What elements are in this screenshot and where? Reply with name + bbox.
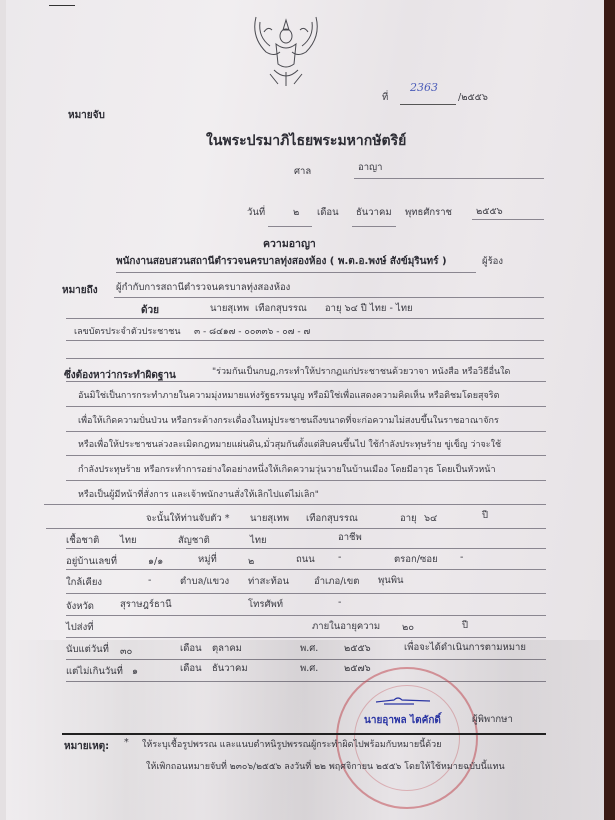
arrest-label: จะนั้นให้ท่านจับตัว * <box>146 511 230 526</box>
note-line-1: ให้ระบุเชื้อรูปพรรณ และแนบตำหนิรูปพรรณผู… <box>142 737 441 751</box>
statute-label: ภายในอายุความ <box>312 619 380 634</box>
charge-line-2: อันมิใช่เป็นการกระทำภายในความมุ่งหมายแห่… <box>78 388 499 402</box>
blank-line <box>66 358 544 359</box>
month-underline <box>352 226 396 227</box>
charge-line-1: "ร่วมกันเป็นกบฏ,กระทำให้ปรากฏแก่ประชาชนด… <box>212 364 510 378</box>
road-value: - <box>338 552 341 563</box>
moo-value: ๒ <box>248 554 254 569</box>
house-no-value: ๑/๑ <box>148 554 163 569</box>
from-day: ๓๐ <box>120 644 132 659</box>
province-value: สุราษฎร์ธานี <box>120 597 172 612</box>
charge-underline-1 <box>66 381 546 382</box>
arrest-surname: เทือกสุบรรณ <box>306 511 358 526</box>
until-year: ๒๕๗๖ <box>344 661 371 676</box>
note-label: หมายเหตุ: <box>64 739 109 754</box>
from-year: ๒๕๕๖ <box>344 641 371 656</box>
judge-title: ผู้พิพากษา <box>472 712 513 727</box>
charge-line-3: เพื่อให้เกิดความปั่นป่วน หรือกระด้างกระเ… <box>78 413 499 427</box>
petitioner: พนักงานสอบสวนสถานีตำรวจนครบาลทุ่งสองห้อง… <box>116 254 447 269</box>
year-underline <box>472 219 544 220</box>
court-label: ศาล <box>294 164 311 179</box>
case-type: ความอาญา <box>263 235 316 252</box>
race-value: ไทย <box>120 533 137 548</box>
age-value: ๖๔ <box>424 511 437 526</box>
race-underline <box>66 548 546 549</box>
district-label: อำเภอ/เขต <box>314 574 359 589</box>
number-suffix: /๒๕๕๖ <box>458 90 488 105</box>
day-label: วันที่ <box>247 205 265 220</box>
from-label: นับแต่วันที่ <box>66 642 109 657</box>
arrest-warrant-page: ที่ 2363 /๒๕๕๖ หมายจับ ในพระปรมาภิไธยพระ… <box>6 0 604 820</box>
subdistrict-label: ตำบล/แขวง <box>180 574 229 589</box>
year-label: พุทธศักราช <box>405 205 452 220</box>
road-label: ถนน <box>296 552 315 567</box>
court-value: อาญา <box>358 160 382 175</box>
age-label: อายุ <box>400 511 417 526</box>
send-label: ไปส่งที่ <box>66 620 94 635</box>
until-day: ๑ <box>132 664 138 679</box>
month-value: ธันวาคม <box>356 205 392 220</box>
race-label: เชื้อชาติ <box>66 533 99 548</box>
until-underline <box>66 681 546 682</box>
note-line-2: ให้เพิกถอนหมายจับที่ ๒๓๐๖/๒๕๕๖ ลงวันที่ … <box>146 759 505 773</box>
statute-value: ๒๐ <box>402 620 414 635</box>
id-value: ๓ - ๘๔๑๗ - ๐๐๓๓๖ - ๐๗ - ๗ <box>194 324 310 338</box>
petitioner-suffix: ผู้ร้อง <box>482 254 503 269</box>
with-value: นายสุเทพ เทือกสุบรรณ อายุ ๖๔ ปี ไทย - ไท… <box>210 301 413 316</box>
number-value: 2363 <box>410 81 438 94</box>
petitioner-underline <box>116 272 476 273</box>
from-month-label: เดือน <box>180 641 202 656</box>
send-underline <box>66 637 546 638</box>
with-underline <box>66 318 544 319</box>
near-value: - <box>148 575 151 586</box>
garuda-emblem-icon <box>246 12 326 87</box>
until-year-label: พ.ศ. <box>300 661 318 676</box>
month-label: เดือน <box>317 205 339 220</box>
occupation-label: อาชีพ <box>338 530 362 545</box>
soi-value: - <box>460 552 463 563</box>
to-value: ผู้กำกับการสถานีตำรวจนครบาลทุ่งสองห้อง <box>116 280 290 295</box>
charge-underline-4 <box>66 455 546 456</box>
until-label: แต่ไม่เกินวันที่ <box>66 664 123 679</box>
number-label: ที่ <box>382 90 388 105</box>
judge-name: นายอุาพล ไตคักดิ์ <box>364 713 441 728</box>
nationality-label: สัญชาติ <box>178 533 210 548</box>
signature-icon <box>374 692 434 708</box>
note-divider <box>62 733 546 735</box>
charge-underline-2 <box>66 406 546 407</box>
district-value: พุนพิน <box>378 573 404 588</box>
province-underline <box>66 615 546 616</box>
document-type: หมายจับ <box>68 108 105 123</box>
charge-line-4: หรือเพื่อให้ประชาชนล่วงละเมิดกฎหมายแผ่นด… <box>78 437 501 451</box>
age-years-label: ปี <box>482 508 488 523</box>
purpose-text: เพื่อจะได้ดำเนินการตามหมาย <box>404 640 526 655</box>
moo-label: หมู่ที่ <box>198 552 217 567</box>
id-underline <box>66 340 544 341</box>
charge-line-6: หรือเป็นผู้มีหน้าที่สั่งการ และเจ้าพนักง… <box>78 487 319 501</box>
province-label: จังหวัด <box>66 599 94 614</box>
year-value: ๒๕๕๖ <box>476 204 503 219</box>
margin-mark <box>49 5 75 6</box>
court-underline <box>354 178 544 179</box>
nationality-value: ไทย <box>250 533 267 548</box>
charge-line-5: กำลังประทุษร้าย หรือกระทำการอย่างใดอย่าง… <box>78 462 496 476</box>
charge-underline-3 <box>66 431 546 432</box>
to-label: หมายถึง <box>62 283 98 298</box>
with-label: ด้วย <box>141 303 159 318</box>
charge-underline-5 <box>66 480 546 481</box>
to-underline <box>114 297 544 298</box>
number-underline <box>400 104 456 105</box>
phone-label: โทรศัพท์ <box>248 597 283 612</box>
arrest-underline <box>46 528 546 529</box>
near-label: ใกล้เคียง <box>66 575 102 590</box>
statute-years-label: ปี <box>462 618 468 633</box>
soi-label: ตรอก/ซอย <box>394 552 438 567</box>
day-underline <box>268 226 312 227</box>
until-month: ธันวาคม <box>212 661 248 676</box>
subdistrict-value: ท่าสะท้อน <box>248 574 289 589</box>
phone-value: - <box>338 597 341 608</box>
id-label: เลขบัตรประจำตัวประชาชน <box>74 324 181 338</box>
note-star: * <box>124 737 129 748</box>
until-month-label: เดือน <box>180 661 202 676</box>
from-underline <box>66 659 546 660</box>
house-no-label: อยู่บ้านเลขที่ <box>66 554 117 569</box>
charge-underline-6 <box>44 504 546 505</box>
royal-heading: ในพระปรมาภิไธยพระมหากษัตริย์ <box>206 130 406 152</box>
day-value: ๒ <box>293 205 299 220</box>
from-year-label: พ.ศ. <box>300 641 318 656</box>
arrest-name: นายสุเทพ <box>250 511 289 526</box>
address-underline <box>66 569 546 570</box>
near-underline <box>66 593 546 594</box>
from-month: ตุลาคม <box>212 641 242 656</box>
